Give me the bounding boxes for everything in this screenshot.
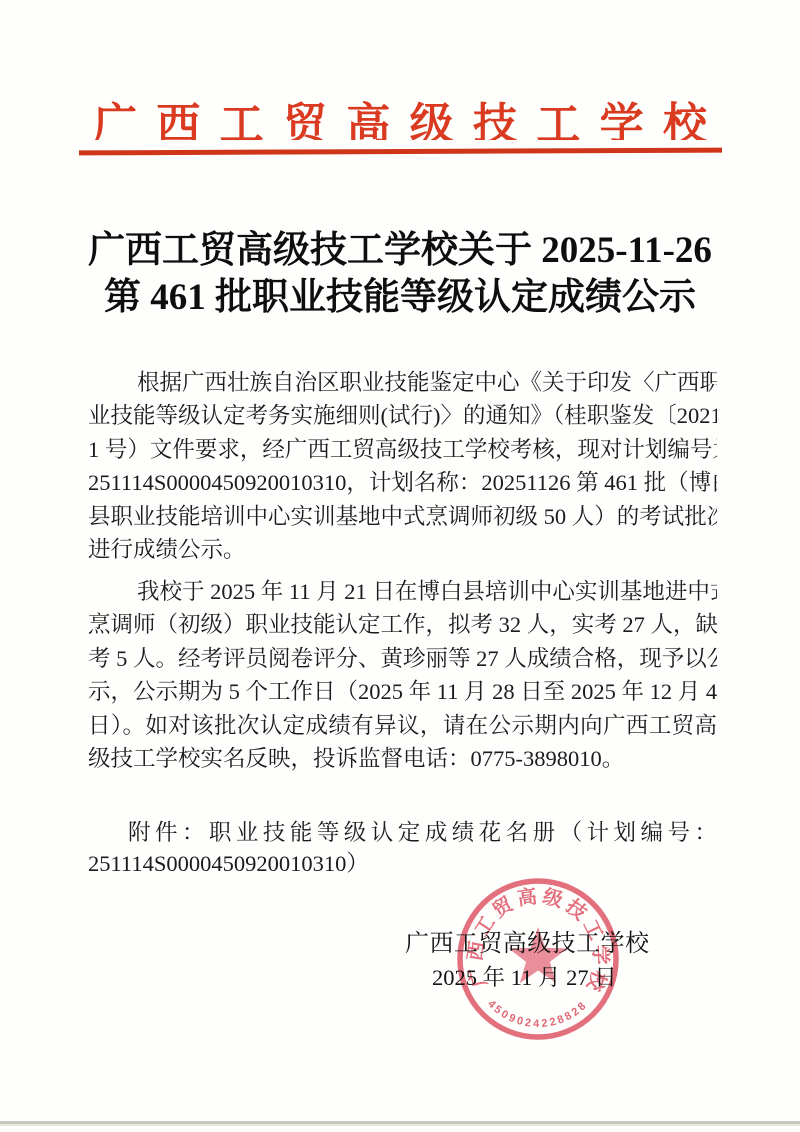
scanned-document-page: 广西工贸高级技工学校 广西工贸高级技工学校关于 2025-11-26 第 461… xyxy=(0,0,800,1132)
scan-artifact-line-light xyxy=(0,1124,800,1126)
body-line: 根据广西壮族自治区职业技能鉴定中心《关于印发〈广西职 xyxy=(88,366,717,399)
document-title-line-1: 广西工贸高级技工学校关于 2025-11-26 xyxy=(0,227,800,274)
body-line: 进行成绩公示。 xyxy=(88,533,717,566)
body-line: 县职业技能培训中心实训基地中式烹调师初级 50 人）的考试批次 xyxy=(88,500,717,533)
body-line: 251114S0000450920010310，计划名称：20251126 第 … xyxy=(88,466,717,499)
signature-date: 2025 年 11 月 27 日 xyxy=(432,960,612,992)
body-line: 业技能等级认定考务实施细则(试行)〉的通知》（桂职鉴发〔2021〕 xyxy=(88,399,717,432)
body-paragraph-1: 根据广西壮族自治区职业技能鉴定中心《关于印发〈广西职 业技能等级认定考务实施细则… xyxy=(88,366,717,566)
letterhead-rule xyxy=(79,148,722,156)
body-line: 日）。如对该批次认定成绩有异议，请在公示期内向广西工贸高 xyxy=(88,709,717,742)
signature-issuer: 广西工贸高级技工学校 xyxy=(405,923,649,955)
letterhead-school-name: 广西工贸高级技工学校 xyxy=(93,88,709,140)
body-line: 示，公示期为 5 个工作日（2025 年 11 月 28 日至 2025 年 1… xyxy=(88,675,717,708)
body-line: 考 5 人。经考评员阅卷评分、黄珍丽等 27 人成绩合格，现予以公 xyxy=(88,642,717,675)
body-line: 1 号）文件要求，经广西工贸高级技工学校考核，现对计划编号为： xyxy=(88,433,717,466)
attachment-paragraph: 附件：职业技能等级认定成绩花名册（计划编号： 251114S0000450920… xyxy=(88,818,717,879)
body-line: 级技工学校实名反映，投诉监督电话：0775-3898010。 xyxy=(88,742,717,775)
body-line: 我校于 2025 年 11 月 21 日在博白县培训中心实训基地进中式 xyxy=(88,575,717,608)
attachment-line: 附件：职业技能等级认定成绩花名册（计划编号： xyxy=(88,818,717,849)
official-seal: 广西工贸高级技工学校 4509024228828 xyxy=(452,873,624,1045)
document-title-line-2: 第 461 批职业技能等级认定成绩公示 xyxy=(0,274,800,321)
body-line: 烹调师（初级）职业技能认定工作，拟考 32 人，实考 27 人，缺 xyxy=(88,608,717,641)
document-title: 广西工贸高级技工学校关于 2025-11-26 第 461 批职业技能等级认定成… xyxy=(0,227,800,321)
body-paragraph-2: 我校于 2025 年 11 月 21 日在博白县培训中心实训基地进中式 烹调师（… xyxy=(88,575,717,775)
